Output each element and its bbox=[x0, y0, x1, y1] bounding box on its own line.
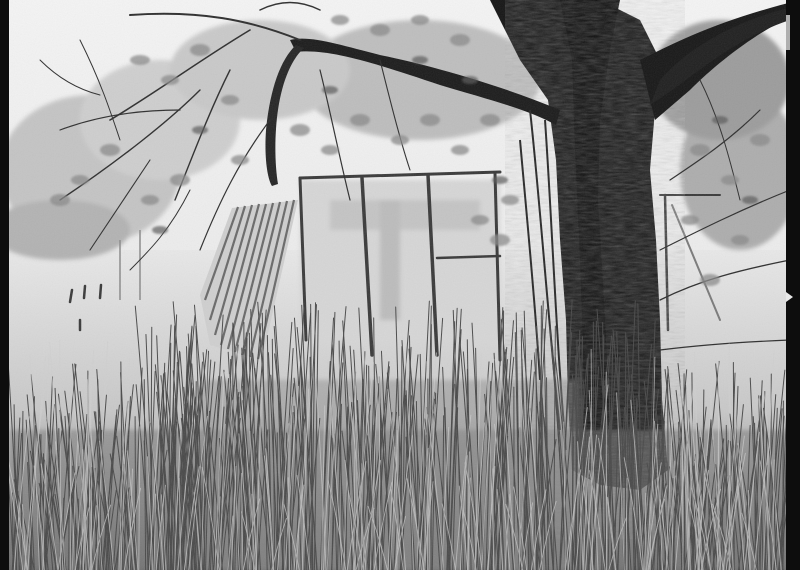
film-grain bbox=[0, 0, 800, 570]
film-border-right bbox=[786, 0, 800, 570]
photograph: Overgrown garden: a large dark tree trun… bbox=[0, 0, 800, 570]
film-border-left bbox=[0, 0, 9, 570]
